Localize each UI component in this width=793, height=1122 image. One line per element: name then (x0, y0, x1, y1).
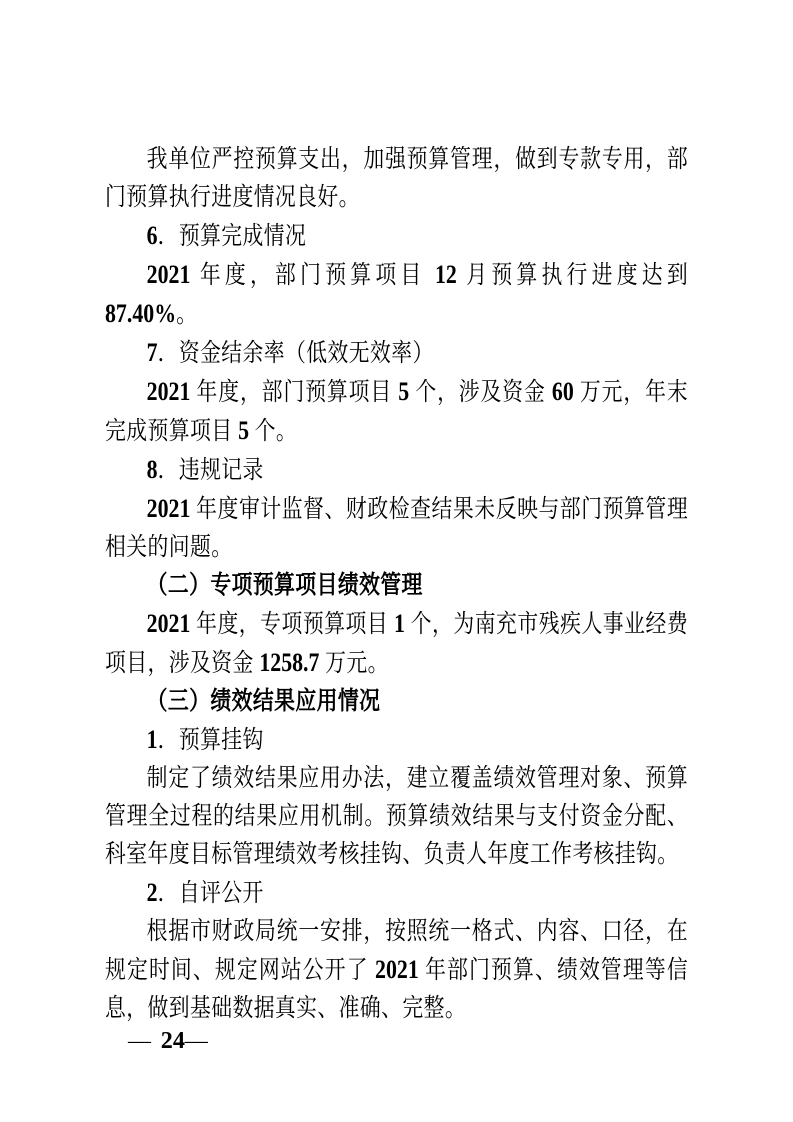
sub-heading: 2．自评公开 (105, 874, 688, 913)
numeral: 1258.7 (259, 648, 319, 677)
numeral: 1 (394, 609, 405, 638)
numeral: 2021 (147, 377, 191, 406)
document-body: 我单位严控预算支出，加强预算管理，做到专款专用，部门预算执行进度情况良好。6．预… (105, 141, 688, 1028)
numeral: 6 (147, 221, 158, 250)
numeral: 60 (552, 377, 574, 406)
numeral: 2021 (375, 955, 419, 984)
numeral: 87.40% (105, 299, 176, 328)
sub-heading: 7．资金结余率（低效无效率） (105, 334, 688, 373)
numeral: 1 (147, 725, 158, 754)
body-paragraph: 根据市财政局统一安排，按照统一格式、内容、口径，在规定时间、规定网站公开了 20… (105, 913, 688, 1028)
numeral: 2021 (147, 260, 191, 289)
numeral: 2 (147, 878, 158, 907)
numeral: 5 (238, 416, 249, 445)
numeral: 5 (398, 377, 409, 406)
body-paragraph: 我单位严控预算支出，加强预算管理，做到专款专用，部门预算执行进度情况良好。 (105, 141, 688, 217)
body-paragraph: 2021 年度，部门预算项目 5 个，涉及资金 60 万元，年末完成预算项目 5… (105, 373, 688, 451)
sub-heading: 1．预算挂钩 (105, 721, 688, 760)
body-paragraph: 2021 年度，部门预算项目 12 月预算执行进度达到 87.40%。 (105, 256, 688, 334)
section-heading: （三）绩效结果应用情况 (105, 683, 688, 721)
numeral: 8 (147, 455, 158, 484)
body-paragraph: 2021 年度审计监督、财政检查结果未反映与部门预算管理相关的问题。 (105, 490, 688, 567)
numeral: 2021 (147, 494, 191, 523)
sub-heading: 6．预算完成情况 (105, 217, 688, 256)
document-page: 我单位严控预算支出，加强预算管理，做到专款专用，部门预算执行进度情况良好。6．预… (0, 0, 793, 1122)
numeral: 2021 (147, 609, 191, 638)
numeral: 7 (147, 338, 158, 367)
sub-heading: 8．违规记录 (105, 451, 688, 490)
page-number: — 24— (128, 1026, 210, 1056)
numeral: 12 (435, 260, 457, 289)
numeral: 24 (161, 1027, 185, 1054)
body-paragraph: 2021 年度，专项预算项目 1 个，为南充市残疾人事业经费项目，涉及资金 12… (105, 605, 688, 683)
body-paragraph: 制定了绩效结果应用办法，建立覆盖绩效管理对象、预算管理全过程的结果应用机制。预算… (105, 760, 688, 874)
section-heading: （二）专项预算项目绩效管理 (105, 567, 688, 605)
